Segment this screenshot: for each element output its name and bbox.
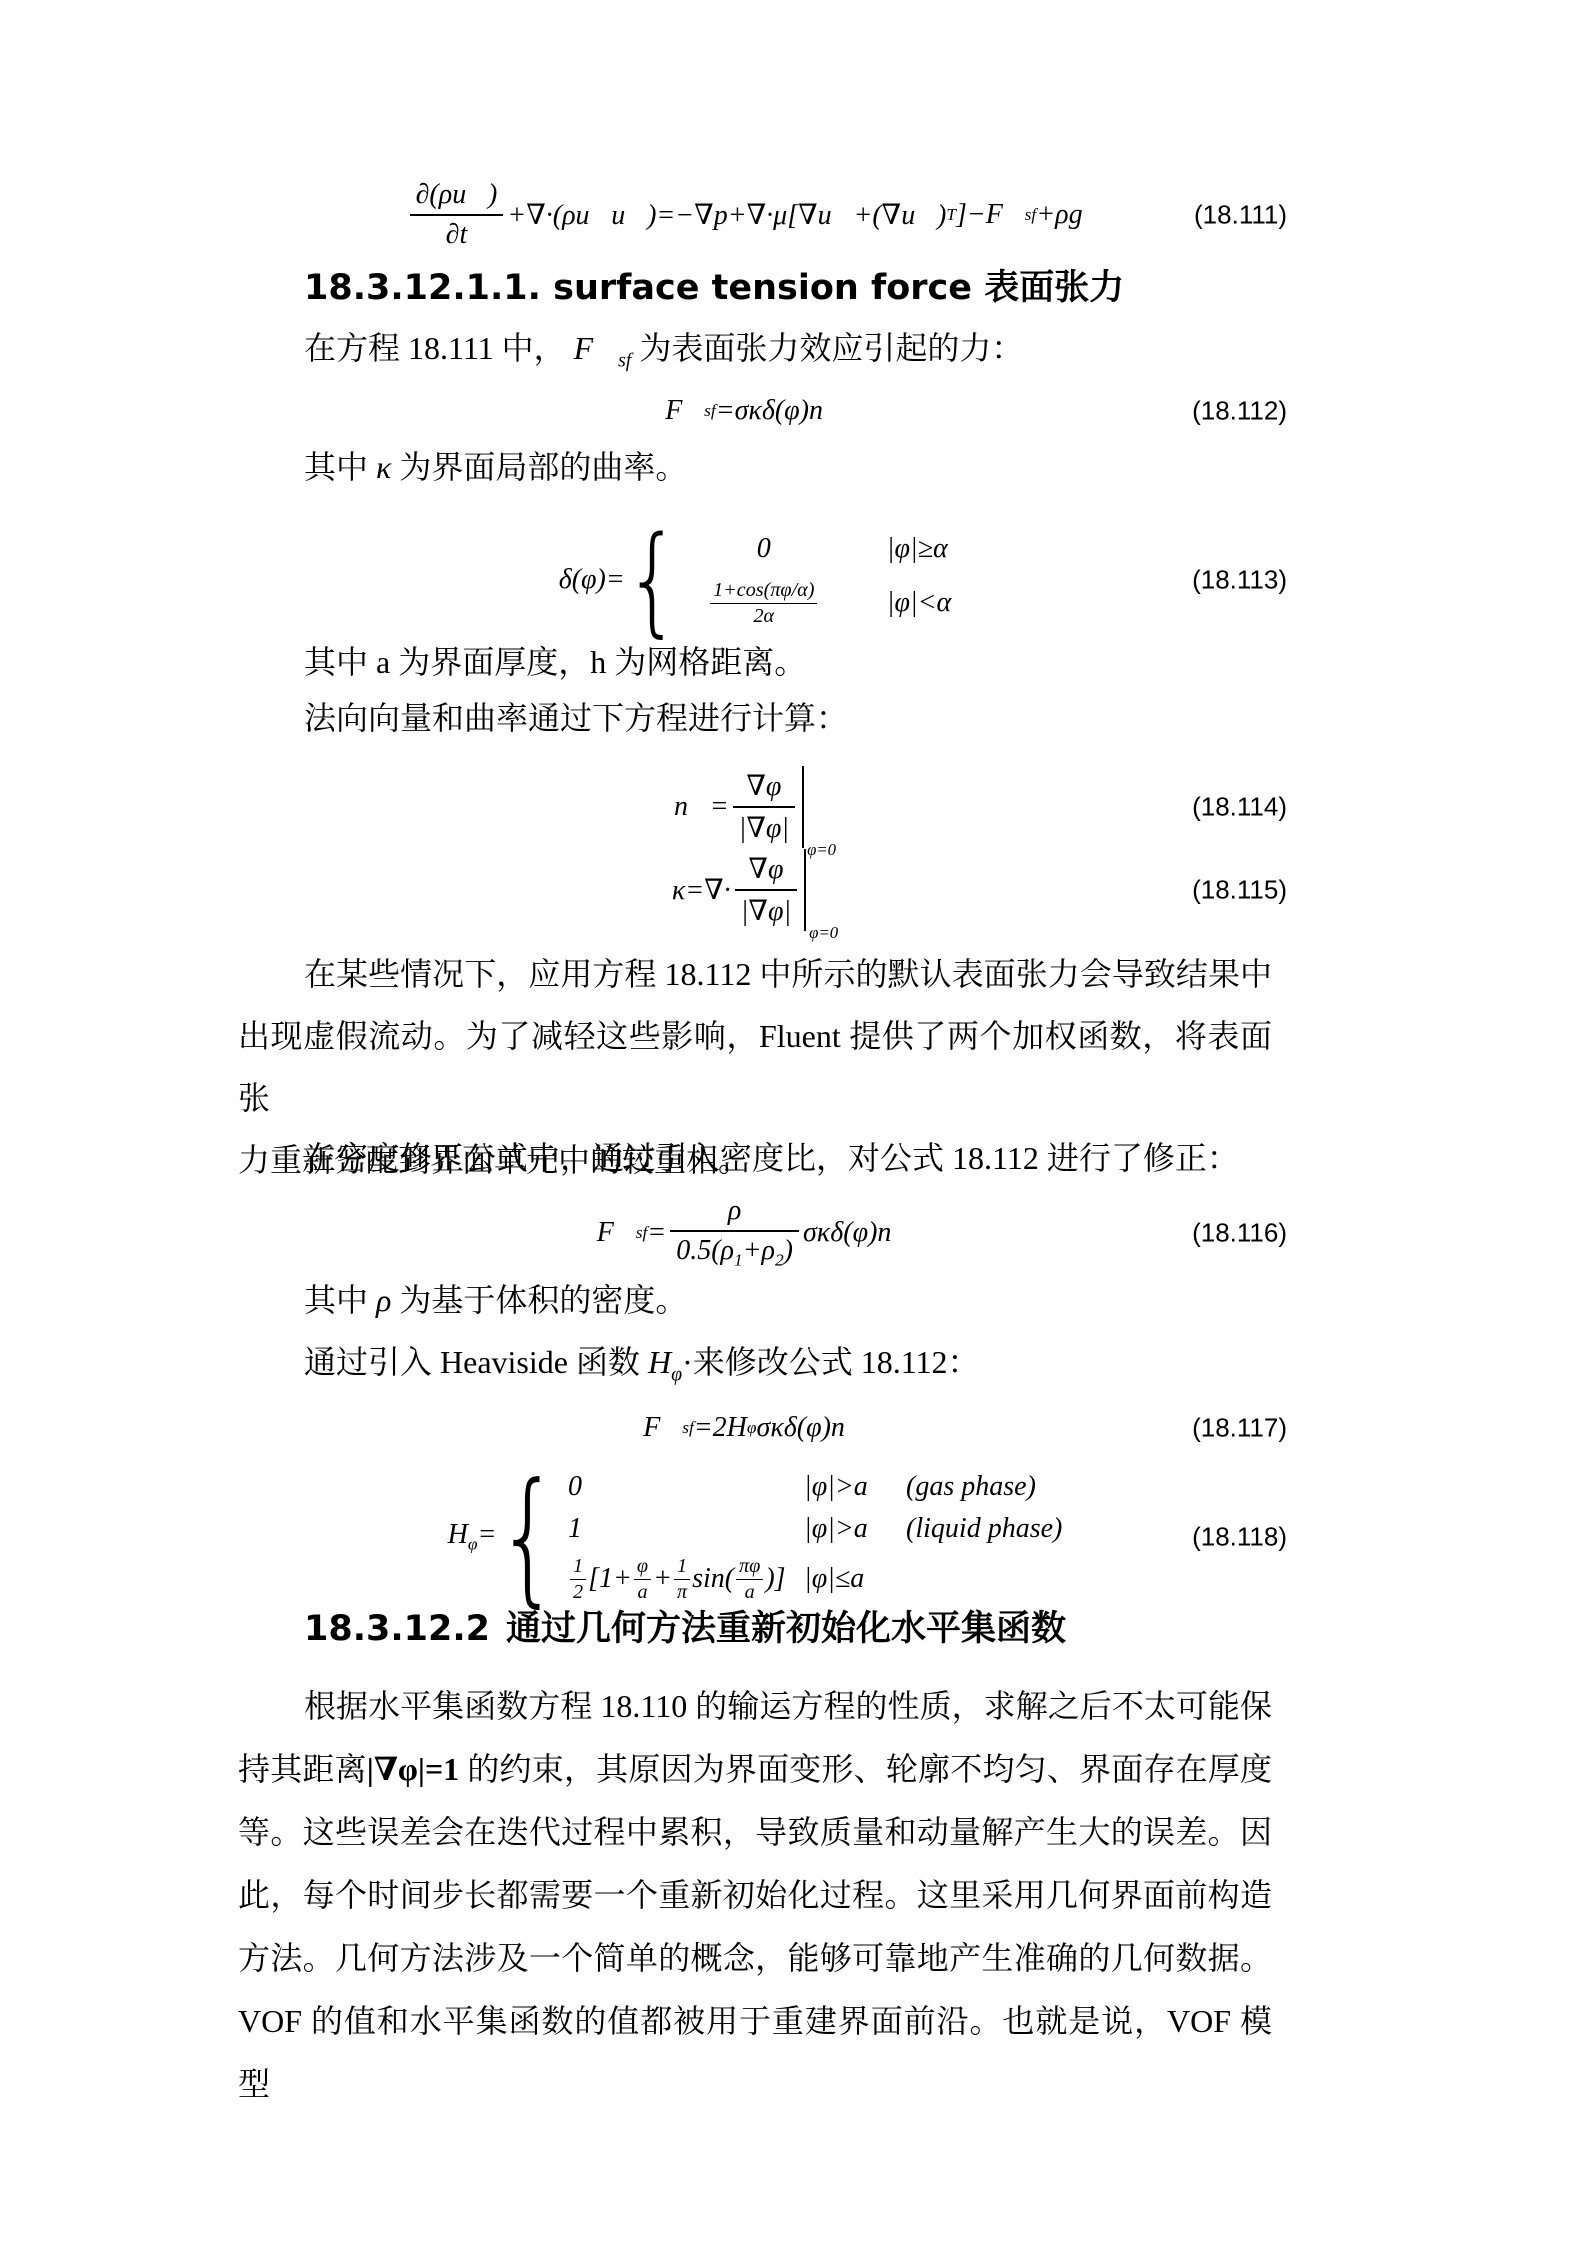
equation-body: σκδ(φ)n⃗ — [803, 1217, 913, 1249]
vector-F: F⃗ — [574, 330, 618, 366]
fraction: ∇φ |∇φ| — [735, 852, 797, 928]
H-symbol: H — [648, 1344, 671, 1380]
fraction-numerator: 1 — [570, 1555, 586, 1580]
vertical-bar — [804, 849, 806, 931]
sf-subscript: sf — [1025, 205, 1037, 225]
text-line: 出现虚假流动。为了减轻这些影响，Fluent 提供了两个加权函数，将表面张 — [238, 1005, 1272, 1129]
fraction-numerator: φ — [634, 1555, 651, 1580]
math-inline-grad-constraint: |∇φ|=1 — [367, 1751, 459, 1787]
case-condition: |φ|<α — [887, 587, 951, 619]
equation-lhs: κ=∇· — [672, 873, 731, 907]
sf-subscript: sf — [704, 401, 716, 421]
case-condition: |φ|≤a — [804, 1563, 900, 1595]
transpose-superscript: T — [946, 205, 956, 225]
bracket-open: [1+ — [588, 1563, 632, 1595]
fraction-phi-a: φ a — [634, 1555, 651, 1604]
fraction-numerator: ∇φ — [735, 852, 797, 891]
text-line: 在某些情况下，应用方程 18.112 中所示的默认表面张力会导致结果中 — [238, 943, 1272, 1005]
case-row: 1 2 [1+ φ a + 1 π sin( πφ — [568, 1555, 1062, 1604]
paragraph-heaviside: 通过引入 Heaviside 函数 Hφ·来修改公式 18.112： — [238, 1339, 1338, 1397]
bracket-close: )] — [765, 1563, 785, 1595]
case-value: 1+cos(πφ/α) 2α — [689, 579, 839, 628]
case-value: 1 — [568, 1513, 804, 1545]
math-inline-fsf: F⃗sf — [574, 330, 632, 366]
fraction-denominator: ∂t — [410, 216, 504, 251]
equation-body: =σκδ(φ)n⃗ — [716, 395, 845, 427]
paragraph-reinitialization: 根据水平集函数方程 18.110 的输运方程的性质，求解之后不太可能保 持其距离… — [238, 1675, 1272, 2116]
text: +ρ — [743, 1235, 775, 1266]
text: 通过引入 Heaviside 函数 — [304, 1344, 648, 1380]
text: 其中 — [304, 449, 376, 485]
sin-function: sin( — [692, 1563, 734, 1595]
fraction-denominator: π — [674, 1580, 690, 1604]
sf-subscript: sf — [682, 1418, 694, 1438]
case-row: 0 |φ|≥α — [689, 533, 951, 565]
section-title: 通过几何方法重新初始化水平集函数 — [506, 1609, 1066, 1649]
equation-18-118: Hφ= { 0 |φ|>a (gas phase) 1 |φ|>a (liqui… — [238, 1457, 1272, 1617]
case-note: (liquid phase) — [906, 1513, 1062, 1545]
cases-rows: 0 |φ|≥α 1+cos(πφ/α) 2α |φ|<α — [689, 526, 951, 635]
case-condition: |φ|≥α — [887, 533, 948, 565]
sf-subscript: sf — [636, 1223, 648, 1243]
H-symbol: H — [448, 1519, 468, 1550]
fraction-piphi-a: πφ a — [736, 1555, 763, 1604]
subscript-1: 1 — [734, 1251, 743, 1270]
text: 为表面张力效应引起的力： — [631, 330, 1023, 366]
equation-body: ]−F⃗ — [956, 199, 1025, 231]
case-row: 1+cos(πφ/α) 2α |φ|<α — [689, 579, 951, 628]
evaluation-bar: φ=0 — [804, 849, 838, 931]
case-value: 0 — [568, 1471, 804, 1503]
case-note: (gas phase) — [906, 1471, 1036, 1503]
fraction-numerator: ∇φ — [733, 769, 795, 808]
vector-F: F⃗ — [643, 1412, 682, 1444]
vector-F: F⃗ — [665, 395, 704, 427]
fraction-numerator: πφ — [736, 1555, 763, 1580]
cases-brace: { — [625, 521, 681, 640]
evaluation-subscript: φ=0 — [809, 923, 838, 943]
phi-subscript: φ — [747, 1418, 757, 1438]
math-inline-H: Hφ — [648, 1344, 682, 1380]
text: 为界面局部的曲率。 — [391, 449, 687, 485]
case-value: 1 2 [1+ φ a + 1 π sin( πφ — [568, 1555, 804, 1604]
fraction: ∇φ |∇φ| — [733, 769, 795, 845]
paragraph-fsf-intro: 在方程 18.111 中， F⃗sf 为表面张力效应引起的力： — [238, 325, 1338, 383]
equation-18-113: δ(φ)= { 0 |φ|≥α 1+cos(πφ/α) 2α |φ|<α (18… — [238, 510, 1272, 650]
document-page: ∂(ρu⃗) ∂t +∇·(ρu⃗u⃗)=−∇p+∇·μ[∇u⃗+(∇u⃗)T]… — [0, 0, 1587, 2245]
phi-subscript: φ — [671, 1363, 682, 1385]
fraction-numerator: ρ — [670, 1195, 799, 1232]
text-line: VOF 的值和水平集函数的值都被用于重建界面前沿。也就是说，VOF 模型 — [238, 1990, 1272, 2116]
fraction: ρ 0.5(ρ1+ρ2) — [670, 1195, 799, 1271]
equation-18-115: κ=∇· ∇φ |∇φ| φ=0 (18.115) — [238, 840, 1272, 940]
equation-number: (18.116) — [1192, 1218, 1287, 1249]
text-line: 方法。几何方法涉及一个简单的概念，能够可靠地产生准确的几何数据。 — [238, 1927, 1272, 1990]
equation-number: (18.114) — [1192, 792, 1287, 823]
sf-subscript: sf — [618, 349, 631, 371]
fraction-denominator: |∇φ| — [735, 891, 797, 928]
fraction-denominator: 2 — [570, 1580, 586, 1604]
plus-sign: + — [653, 1563, 672, 1595]
equation-number: (18.117) — [1192, 1413, 1287, 1444]
case-condition: |φ|>a — [804, 1513, 900, 1545]
equation-lhs: δ(φ)= — [559, 564, 625, 596]
fraction-denominator: a — [634, 1580, 651, 1604]
equation-body: =2H — [694, 1412, 747, 1444]
equation-lhs: Hφ= — [448, 1519, 497, 1555]
text: 持其距离 — [238, 1751, 367, 1787]
vector-F: F⃗ — [597, 1217, 636, 1249]
fraction-numerator: 1 — [674, 1555, 690, 1580]
paragraph-kappa: 其中 κ 为界面局部的曲率。 — [238, 444, 1338, 490]
fraction-denominator: 0.5(ρ1+ρ2) — [670, 1232, 799, 1271]
fraction-numerator: ∂(ρu⃗) — [410, 179, 504, 216]
equation-18-116: F⃗sf= ρ 0.5(ρ1+ρ2) σκδ(φ)n⃗ (18.116) — [238, 1190, 1272, 1276]
evaluation-bar: φ=0 — [802, 766, 836, 848]
paragraph-density-correction: 在密度修正公式中，通过引入密度比，对公式 18.112 进行了修正： — [238, 1135, 1338, 1181]
equation-body: +∇·(ρu⃗u⃗)=−∇p+∇·μ[∇u⃗+(∇u⃗) — [507, 198, 946, 232]
text-line: 持其距离|∇φ|=1 的约束，其原因为界面变形、轮廓不均匀、界面存在厚度 — [238, 1738, 1272, 1801]
equation-body: σκδ(φ)n⃗ — [757, 1412, 867, 1444]
fraction-denominator: 2α — [710, 604, 817, 628]
paragraph-rho: 其中 ρ 为基于体积的密度。 — [238, 1277, 1338, 1323]
equation-18-112: F⃗sf=σκδ(φ)n⃗ (18.112) — [238, 385, 1272, 437]
text: ) — [784, 1235, 793, 1266]
paragraph-normal-curvature: 法向向量和曲率通过下方程进行计算： — [238, 695, 1338, 741]
paragraph-thickness: 其中 a 为界面厚度，h 为网格距离。 — [238, 639, 1338, 685]
cases-brace: { — [496, 1465, 560, 1610]
equation-18-111: ∂(ρu⃗) ∂t +∇·(ρu⃗u⃗)=−∇p+∇·μ[∇u⃗+(∇u⃗)T]… — [238, 160, 1272, 270]
section-heading-reinitialization: 18.3.12.2通过几何方法重新初始化水平集函数 — [304, 1607, 1066, 1651]
equation-number: (18.115) — [1192, 875, 1287, 906]
math-inline-kappa: κ — [376, 449, 391, 485]
cases-rows: 0 |φ|>a (gas phase) 1 |φ|>a (liquid phas… — [568, 1466, 1062, 1609]
subscript-2: 2 — [775, 1251, 784, 1270]
equation-number: (18.112) — [1192, 396, 1287, 427]
text-line: 此，每个时间步长都需要一个重新初始化过程。这里采用几何界面前构造 — [238, 1864, 1272, 1927]
math-inline-rho: ρ — [376, 1282, 391, 1318]
fraction-half: 1 2 — [570, 1555, 586, 1604]
text: 为基于体积的密度。 — [391, 1282, 687, 1318]
fraction-denominator: a — [736, 1580, 763, 1604]
equation-number: (18.111) — [1194, 200, 1287, 231]
fraction-numerator: 1+cos(πφ/α) — [710, 579, 817, 604]
equation-number: (18.113) — [1192, 565, 1287, 596]
equation-lhs: n⃗= — [674, 791, 729, 823]
fraction: ∂(ρu⃗) ∂t — [410, 179, 504, 251]
vertical-bar — [802, 766, 804, 848]
equation-number: (18.118) — [1192, 1522, 1287, 1553]
case-condition: |φ|>a — [804, 1471, 900, 1503]
phi-subscript: φ — [468, 1535, 478, 1554]
section-heading-surface-tension: 18.3.12.1.1. surface tension force 表面张力 — [304, 266, 1124, 310]
text: 的约束，其原因为界面变形、轮廓不均匀、界面存在厚度 — [459, 1751, 1272, 1787]
text: 0.5(ρ — [676, 1235, 734, 1266]
text: ·来修改公式 18.112： — [682, 1344, 979, 1380]
text-line: 根据水平集函数方程 18.110 的输运方程的性质，求解之后不太可能保 — [238, 1675, 1272, 1738]
equation-body: +ρg⃗ — [1036, 199, 1104, 231]
fraction: 1+cos(πφ/α) 2α — [710, 579, 817, 628]
case-row: 0 |φ|>a (gas phase) — [568, 1471, 1062, 1503]
fraction-1-pi: 1 π — [674, 1555, 690, 1604]
text: 其中 — [304, 1282, 376, 1318]
section-number: 18.3.12.2 — [304, 1609, 490, 1649]
equals: = — [478, 1519, 497, 1550]
equation-18-117: F⃗sf=2Hφσκδ(φ)n⃗ (18.117) — [238, 1402, 1272, 1454]
text-line: 等。这些误差会在迭代过程中累积，导致质量和动量解产生大的误差。因 — [238, 1801, 1272, 1864]
text: 在方程 18.111 中， — [304, 330, 574, 366]
case-value: 0 — [689, 533, 839, 565]
case-row: 1 |φ|>a (liquid phase) — [568, 1513, 1062, 1545]
equals: = — [647, 1217, 666, 1249]
